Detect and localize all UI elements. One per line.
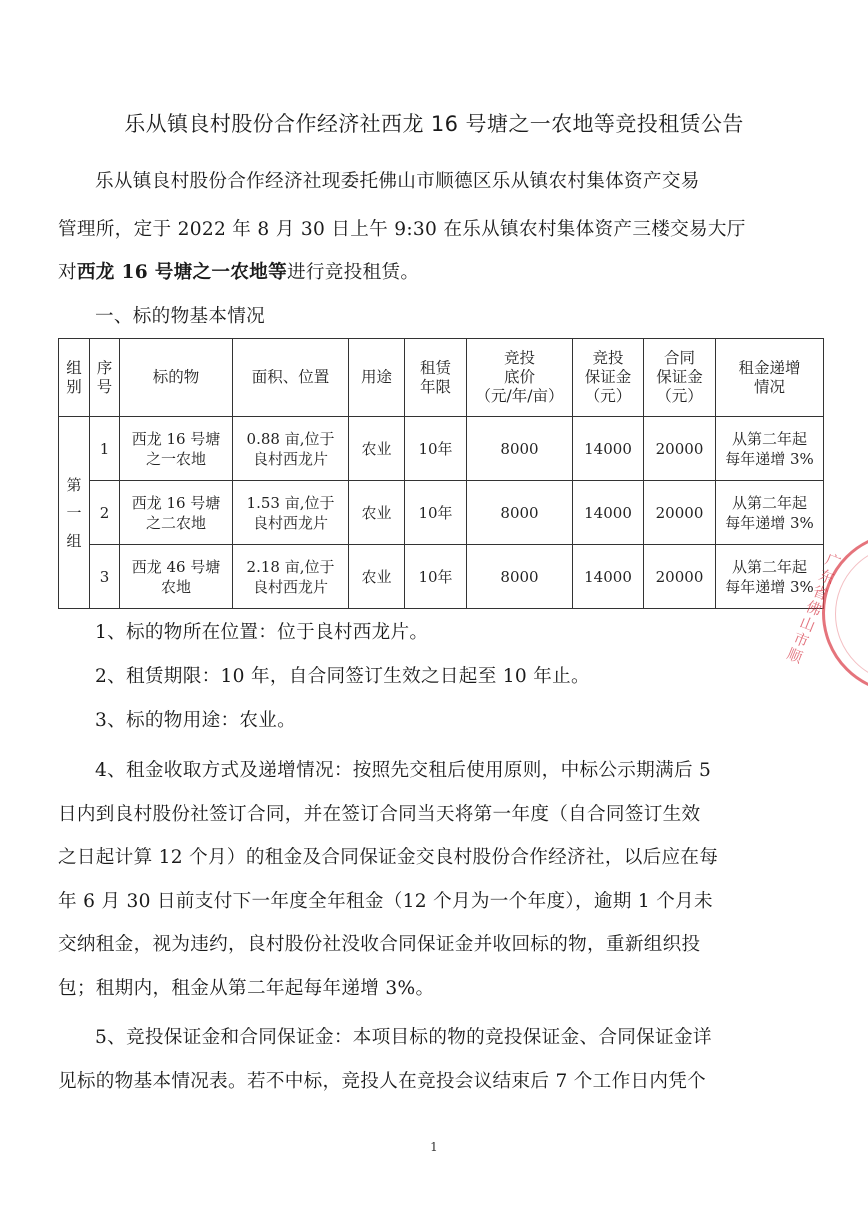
header-bid-deposit: 竞投保证金（元） xyxy=(573,339,644,417)
cell-increase: 从第二年起每年递增 3% xyxy=(716,481,824,545)
cell-use: 农业 xyxy=(349,417,405,481)
header-term: 租赁年限 xyxy=(405,339,467,417)
cell-bid-deposit: 14000 xyxy=(573,417,644,481)
intro-subject-bold: 西龙 16 号塘之一农地等 xyxy=(77,262,287,283)
cell-area: 2.18 亩,位于良村西龙片 xyxy=(233,545,349,609)
section-heading-basic-info: 一、标的物基本情况 xyxy=(58,307,847,327)
table-row: 3 西龙 46 号塘农地 2.18 亩,位于良村西龙片 农业 10年 8000 … xyxy=(59,545,824,609)
clause-5-line-1: 5、竞投保证金和合同保证金：本项目标的物的竞投保证金、合同保证金详 xyxy=(58,1028,847,1048)
cell-seq: 3 xyxy=(90,545,120,609)
cell-term: 10年 xyxy=(405,417,467,481)
cell-bid-deposit: 14000 xyxy=(573,481,644,545)
cell-use: 农业 xyxy=(349,481,405,545)
clause-4-line-1: 4、租金收取方式及递增情况：按照先交租后使用原则，中标公示期满后 5 xyxy=(58,761,847,781)
page-number: 1 xyxy=(0,1140,868,1154)
cell-bid-deposit: 14000 xyxy=(573,545,644,609)
clause-2: 2、租赁期限：10 年，自合同签订生效之日起至 10 年止。 xyxy=(58,667,847,687)
header-group: 组别 xyxy=(59,339,90,417)
cell-base-price: 8000 xyxy=(467,417,573,481)
intro-line-3-suffix: 进行竞投租赁。 xyxy=(287,262,419,283)
cell-increase: 从第二年起每年递增 3% xyxy=(716,417,824,481)
cell-term: 10年 xyxy=(405,545,467,609)
header-seq: 序号 xyxy=(90,339,120,417)
clause-3: 3、标的物用途：农业。 xyxy=(58,711,847,731)
cell-area: 0.88 亩,位于良村西龙片 xyxy=(233,417,349,481)
items-table: 组别 序号 标的物 面积、位置 用途 租赁年限 竞投底价（元/年/亩） 竞投保证… xyxy=(58,338,824,609)
clause-4-line-4: 年 6 月 30 日前支付下一年度全年租金（12 个月为一个年度），逾期 1 个… xyxy=(58,892,810,912)
header-area-location: 面积、位置 xyxy=(233,339,349,417)
intro-line-2: 管理所，定于 2022 年 8 月 30 日上午 9:30 在乐从镇农村集体资产… xyxy=(58,220,810,240)
cell-increase: 从第二年起每年递增 3% xyxy=(716,545,824,609)
cell-contract-deposit: 20000 xyxy=(644,417,716,481)
cell-base-price: 8000 xyxy=(467,545,573,609)
clause-4-line-3: 之日起计算 12 个月）的租金及合同保证金交良村股份合作经济社，以后应在每 xyxy=(58,848,810,868)
intro-line-1: 乐从镇良村股份合作经济社现委托佛山市顺德区乐从镇农村集体资产交易 xyxy=(58,172,847,192)
table-header-row: 组别 序号 标的物 面积、位置 用途 租赁年限 竞投底价（元/年/亩） 竞投保证… xyxy=(59,339,824,417)
clause-4-line-5: 交纳租金，视为违约，良村股份社没收合同保证金并收回标的物，重新组织投 xyxy=(58,935,810,955)
clause-5-line-2: 见标的物基本情况表。若不中标，竞投人在竞投会议结束后 7 个工作日内凭个 xyxy=(58,1072,810,1092)
header-base-price: 竞投底价（元/年/亩） xyxy=(467,339,573,417)
table-row: 第 一 组 1 西龙 16 号塘之一农地 0.88 亩,位于良村西龙片 农业 1… xyxy=(59,417,824,481)
clause-1: 1、标的物所在位置：位于良村西龙片。 xyxy=(58,623,847,643)
header-rent-increase: 租金递增情况 xyxy=(716,339,824,417)
cell-contract-deposit: 20000 xyxy=(644,481,716,545)
document-title: 乐从镇良村股份合作经济社西龙 16 号塘之一农地等竞投租赁公告 xyxy=(0,109,868,139)
cell-item: 西龙 16 号塘之二农地 xyxy=(120,481,233,545)
cell-item: 西龙 46 号塘农地 xyxy=(120,545,233,609)
cell-area: 1.53 亩,位于良村西龙片 xyxy=(233,481,349,545)
header-use: 用途 xyxy=(349,339,405,417)
group-label-cell: 第 一 组 xyxy=(59,417,90,609)
cell-term: 10年 xyxy=(405,481,467,545)
table-row: 2 西龙 16 号塘之二农地 1.53 亩,位于良村西龙片 农业 10年 800… xyxy=(59,481,824,545)
cell-item: 西龙 16 号塘之一农地 xyxy=(120,417,233,481)
intro-line-3-prefix: 对 xyxy=(58,262,77,283)
cell-seq: 2 xyxy=(90,481,120,545)
cell-contract-deposit: 20000 xyxy=(644,545,716,609)
cell-seq: 1 xyxy=(90,417,120,481)
cell-use: 农业 xyxy=(349,545,405,609)
header-item: 标的物 xyxy=(120,339,233,417)
stamp-inner-ring xyxy=(835,545,868,683)
header-contract-deposit: 合同保证金（元） xyxy=(644,339,716,417)
intro-line-3: 对西龙 16 号塘之一农地等进行竞投租赁。 xyxy=(58,263,810,283)
cell-base-price: 8000 xyxy=(467,481,573,545)
clause-4-line-2: 日内到良村股份社签订合同，并在签订合同当天将第一年度（自合同签订生效 xyxy=(58,805,810,825)
clause-4-line-6: 包；租期内，租金从第二年起每年递增 3%。 xyxy=(58,979,810,999)
